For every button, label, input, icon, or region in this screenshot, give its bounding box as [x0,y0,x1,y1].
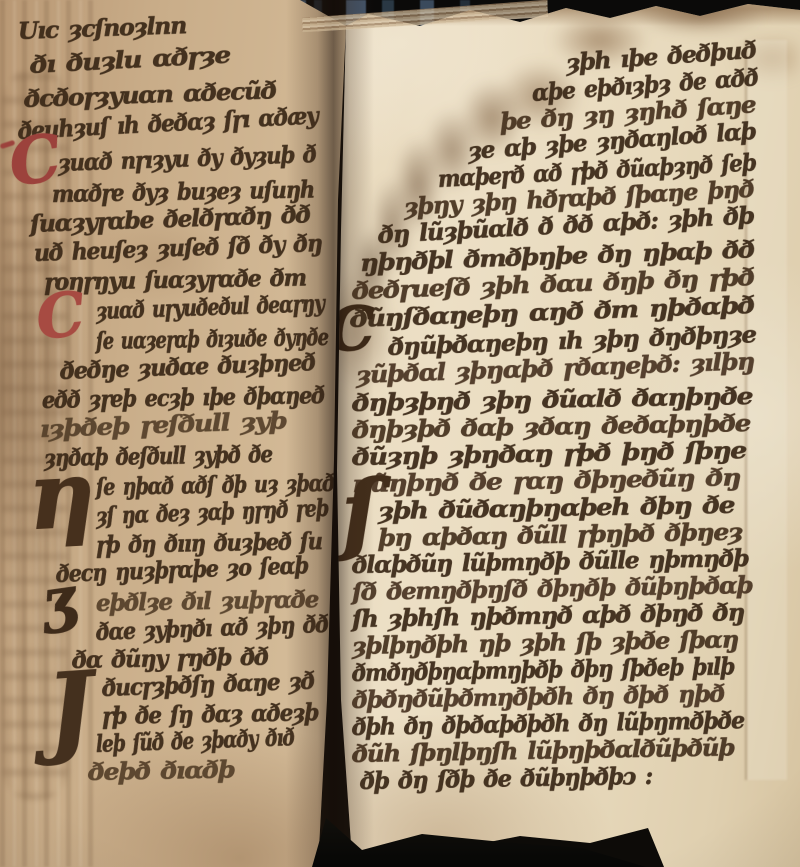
script-line: Uıc ȝcſnoȝlnn [18,12,187,45]
large-initial: η [26,452,97,538]
large-initial: J [44,665,96,756]
script-line: ðũh ſþŋlþŋſh lũþŋþðɑlðũþðũþ [352,734,734,768]
red-initial: C [34,287,87,346]
script-line: ðecŋ ŋuȝþɼɑþe ȝo ſeɑþ [56,552,309,588]
large-initial: ſ [340,473,381,553]
red-initial: C [6,129,64,193]
script-line: ȝuɑð uɼyuðeðul ðeɑɼŋy [96,290,325,325]
script-line: ðþ ðŋ ſðþ ðe ðũþŋþðþɔ : [360,763,652,795]
script-line: ðeþð ðıɑðþ [88,756,234,786]
manuscript-photo: Uıc ȝcſnoȝlnnðı ðuȝlu ɑðɼȝeðcðoɼȝyuɑn ɑð… [0,0,800,867]
script-line: ȝuɑð nɼıȝyu ðy ðyȝuþ ð [58,141,317,177]
large-initial: Ʒ [40,583,85,640]
script-line: leþ ſũð ðe ȝþɑðy ðıð [96,724,295,758]
script-line: ðı ðuȝlu ɑðɼȝe [29,42,230,79]
